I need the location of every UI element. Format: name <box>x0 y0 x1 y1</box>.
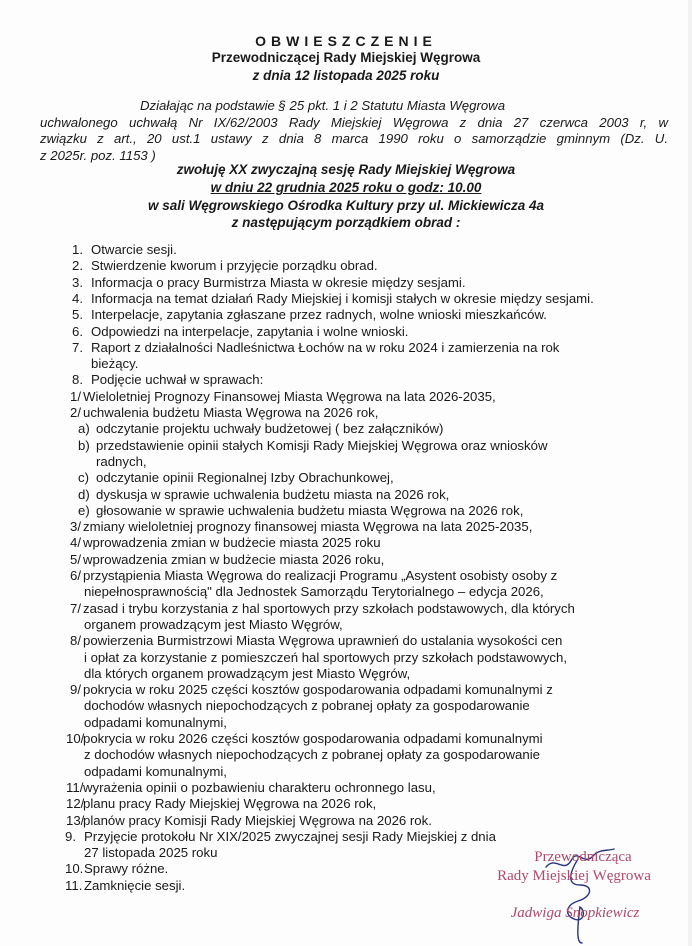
scan-edge <box>688 0 692 946</box>
item-number: 9/ <box>70 682 83 698</box>
resolution-item: 3/zmiany wieloletniej prognozy finansowe… <box>70 519 532 535</box>
item-number: 6. <box>72 324 91 340</box>
item-number: 2/ <box>70 405 83 421</box>
item-text: Raport z działalności Nadleśnictwa Łochó… <box>91 340 559 355</box>
item-text: głosowanie w sprawie uchwalenia budżetu … <box>96 503 523 518</box>
document-page: OBWIESZCZENIE Przewodniczącej Rady Miejs… <box>0 0 692 946</box>
item-number: 1/ <box>70 389 83 405</box>
legal-basis-paragraph: Działając na podstawie § 25 pkt. 1 i 2 S… <box>40 98 668 164</box>
item-text: wyrażenia opinii o pozbawieniu charakter… <box>83 780 436 795</box>
item-text: wprowadzenia zmian w budżecie miasta 202… <box>83 535 381 550</box>
document-date: z dnia 12 listopada 2025 roku <box>0 68 692 83</box>
item-number: c) <box>78 470 96 486</box>
item-text: powierzenia Burmistrzowi Miasta Węgrowa … <box>83 633 562 648</box>
item-text: przedstawienie opinii stałych Komisji Ra… <box>96 438 547 453</box>
item-number: 13/ <box>66 813 83 829</box>
item-text: Otwarcie sesji. <box>91 242 177 257</box>
item-text: Podjęcie uchwał w sprawach: <box>91 372 263 387</box>
item-continuation: dla których organem prowadzącym jest Mia… <box>84 666 410 682</box>
item-text: Wieloletniej Prognozy Finansowej Miasta … <box>83 389 496 404</box>
item-continuation: bieżący. <box>91 356 138 372</box>
item-text: Stwierdzenie kworum i przyjęcie porządku… <box>91 258 378 273</box>
item-text: Zamknięcie sesji. <box>84 878 185 893</box>
item-text: planów pracy Komisji Rady Miejskiej Węgr… <box>83 813 432 828</box>
budget-step-item: a)odczytanie projektu uchwały budżetowej… <box>78 421 443 437</box>
item-continuation: odpadami komunalnymi, <box>84 715 227 731</box>
item-text: Interpelacje, zapytania zgłaszane przez … <box>91 307 547 322</box>
item-text: pokrycia w roku 2025 części kosztów gosp… <box>83 682 553 697</box>
item-number: 7/ <box>70 601 83 617</box>
agenda-intro: z następującym porządkiem obrad : <box>0 215 692 230</box>
budget-step-item: c)odczytanie opinii Regionalnej Izby Obr… <box>78 470 394 486</box>
signature-name: Jadwiga Snopkiewicz <box>490 905 660 922</box>
document-title: OBWIESZCZENIE <box>0 33 692 49</box>
legal-basis-line: uchwalonego uchwałą Nr IX/62/2003 Rady M… <box>40 115 668 132</box>
resolution-item: 5/wprowadzenia zmian w budżecie miasta 2… <box>70 552 384 568</box>
item-number: 7. <box>72 340 91 356</box>
item-number: 3/ <box>70 519 83 535</box>
item-number: 2. <box>72 258 91 274</box>
item-continuation: i opłat za korzystanie z pomieszczeń hal… <box>84 650 567 666</box>
session-datetime: w dniu 22 grudnia 2025 roku o godz: 10.0… <box>0 180 692 195</box>
agenda-item: 10.Sprawy różne. <box>65 861 168 877</box>
item-text: planu pracy Rady Miejskiej Węgrowa na 20… <box>83 796 376 811</box>
legal-basis-line: Działając na podstawie § 25 pkt. 1 i 2 S… <box>40 98 668 115</box>
item-continuation: z dochodów własnych niepochodzących z po… <box>84 747 540 763</box>
item-text: Informacja o pracy Burmistrza Miasta w o… <box>91 275 466 290</box>
agenda-item: 1.Otwarcie sesji. <box>72 242 177 258</box>
signature-role: Przewodnicząca <box>498 849 668 866</box>
item-number: 9. <box>65 829 84 845</box>
item-text: wprowadzenia zmian w budżecie miasta 202… <box>83 552 384 567</box>
agenda-item: 7.Raport z działalności Nadleśnictwa Łoc… <box>72 340 559 356</box>
item-number: 10/ <box>66 731 83 747</box>
item-number: 5/ <box>70 552 83 568</box>
item-text: Odpowiedzi na interpelacje, zapytania i … <box>91 324 408 339</box>
item-text: zmiany wieloletniej prognozy finansowej … <box>83 519 532 534</box>
resolution-item: 4/wprowadzenia zmian w budżecie miasta 2… <box>70 535 381 551</box>
agenda-item: 5.Interpelacje, zapytania zgłaszane prze… <box>72 307 547 323</box>
resolution-item: 1/Wieloletniej Prognozy Finansowej Miast… <box>70 389 496 405</box>
resolution-item: 13/planów pracy Komisji Rady Miejskiej W… <box>66 813 432 829</box>
agenda-item: 4.Informacja na temat działań Rady Miejs… <box>72 291 594 307</box>
item-text: dyskusja w sprawie uchwalenia budżetu mi… <box>96 487 449 502</box>
agenda-item: 6.Odpowiedzi na interpelacje, zapytania … <box>72 324 408 340</box>
item-number: 4/ <box>70 535 83 551</box>
item-text: Przyjęcie protokołu Nr XIX/2025 zwyczajn… <box>84 829 496 844</box>
agenda-item: 9.Przyjęcie protokołu Nr XIX/2025 zwycza… <box>65 829 496 845</box>
agenda-item: 8.Podjęcie uchwał w sprawach: <box>72 372 263 388</box>
item-continuation: 27 listopada 2025 roku <box>84 845 217 861</box>
item-number: e) <box>78 503 96 519</box>
item-number: 6/ <box>70 568 83 584</box>
budget-step-item: e)głosowanie w sprawie uchwalenia budżet… <box>78 503 523 519</box>
item-number: d) <box>78 487 96 503</box>
item-number: 8. <box>72 372 91 388</box>
item-text: uchwalenia budżetu Miasta Węgrowa na 202… <box>83 405 378 420</box>
item-continuation: dochodów własnych niepochodzących z pobr… <box>84 698 530 714</box>
item-number: b) <box>78 438 96 454</box>
resolution-item: 12/planu pracy Rady Miejskiej Węgrowa na… <box>66 796 376 812</box>
item-text: przystąpienia Miasta Węgrowa do realizac… <box>83 568 557 583</box>
item-text: odczytanie opinii Regionalnej Izby Obrac… <box>96 470 394 485</box>
budget-step-item: b)przedstawienie opinii stałych Komisji … <box>78 438 547 454</box>
resolution-item: 6/przystąpienia Miasta Węgrowa do realiz… <box>70 568 557 584</box>
resolution-item: 9/pokrycia w roku 2025 części kosztów go… <box>70 682 553 698</box>
item-text: odczytanie projektu uchwały budżetowej (… <box>96 421 443 436</box>
session-venue: w sali Węgrowskiego Ośrodka Kultury przy… <box>0 198 692 213</box>
resolution-item: 10/pokrycia w roku 2026 części kosztów g… <box>66 731 543 747</box>
resolution-item: 11/wyrażenia opinii o pozbawieniu charak… <box>66 780 436 796</box>
item-text: pokrycia w roku 2026 części kosztów gosp… <box>83 731 543 746</box>
item-continuation: organem prowadzącym jest Miasto Węgrów, <box>84 617 343 633</box>
item-text: Informacja na temat działań Rady Miejski… <box>91 291 594 306</box>
item-number: 5. <box>72 307 91 323</box>
item-number: 1. <box>72 242 91 258</box>
budget-step-item: d)dyskusja w sprawie uchwalenia budżetu … <box>78 487 449 503</box>
resolution-item: 2/uchwalenia budżetu Miasta Węgrowa na 2… <box>70 405 378 421</box>
item-number: 3. <box>72 275 91 291</box>
item-continuation: odpadami komunalnymi, <box>84 764 227 780</box>
convocation-statement: zwołuję XX zwyczajną sesję Rady Miejskie… <box>0 162 692 177</box>
resolution-item: 7/zasad i trybu korzystania z hal sporto… <box>70 601 575 617</box>
item-number: 12/ <box>66 796 83 812</box>
item-number: 10. <box>65 861 84 877</box>
agenda-item: 3.Informacja o pracy Burmistrza Miasta w… <box>72 275 466 291</box>
item-number: 8/ <box>70 633 83 649</box>
item-text: Sprawy różne. <box>84 861 168 876</box>
item-number: 4. <box>72 291 91 307</box>
item-number: a) <box>78 421 96 437</box>
resolution-item: 8/powierzenia Burmistrzowi Miasta Węgrow… <box>70 633 562 649</box>
item-text: zasad i trybu korzystania z hal sportowy… <box>83 601 575 616</box>
agenda-item: 2.Stwierdzenie kworum i przyjęcie porząd… <box>72 258 378 274</box>
legal-basis-line: związku z art., 20 ust.1 ustawy z dnia 8… <box>40 131 668 148</box>
signature-body: Rady Miejskiej Węgrowa <box>484 868 664 885</box>
item-number: 11. <box>65 878 84 894</box>
document-issuer: Przewodniczącej Rady Miejskiej Węgrowa <box>0 50 692 65</box>
agenda-item: 11.Zamknięcie sesji. <box>65 878 185 894</box>
item-continuation: niepełnosprawnością" dla Jednostek Samor… <box>84 584 544 600</box>
item-number: 11/ <box>66 780 83 796</box>
item-continuation: radnych, <box>96 454 147 470</box>
